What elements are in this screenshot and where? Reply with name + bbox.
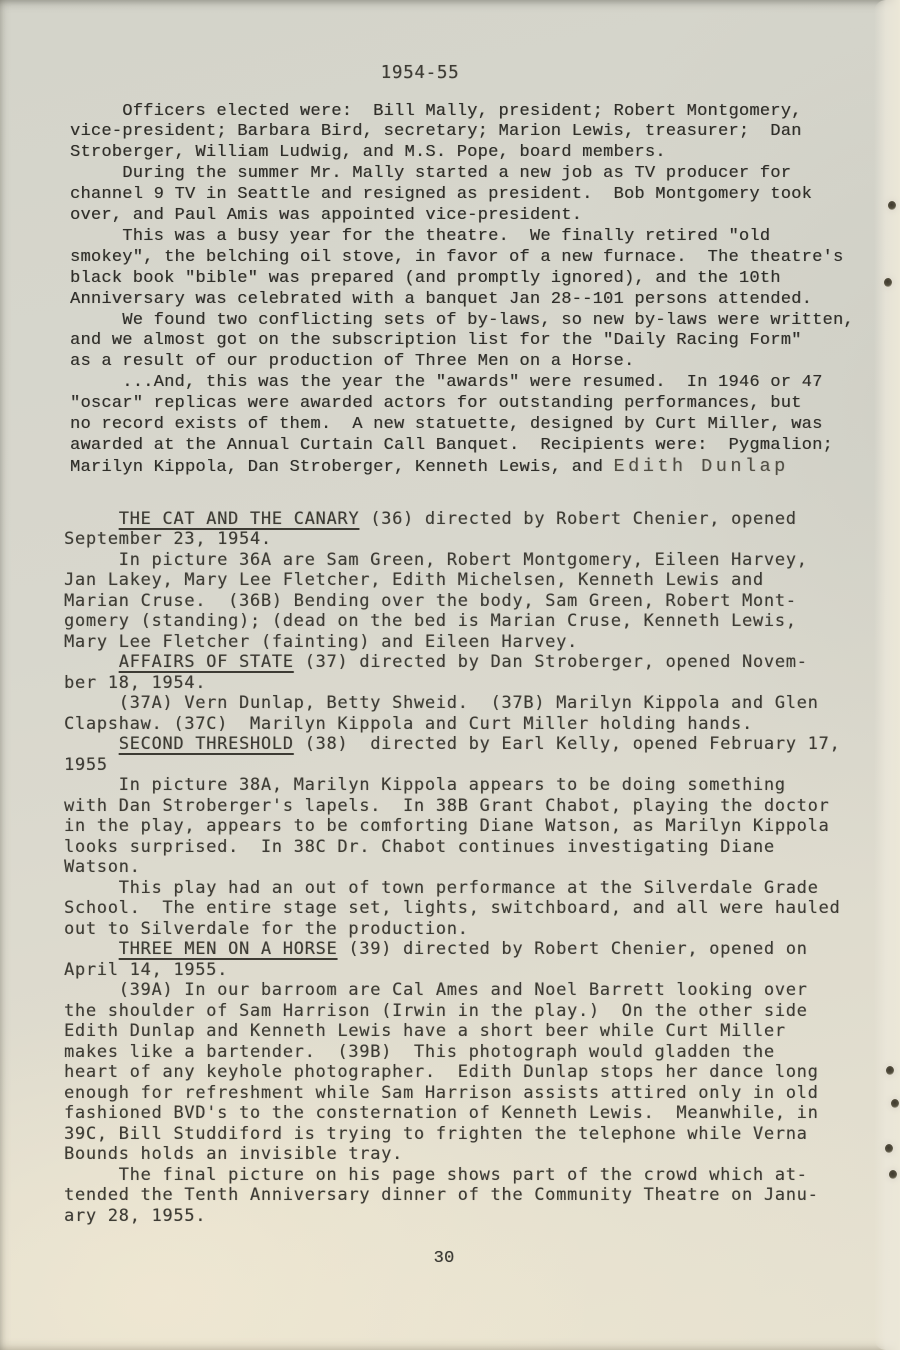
text-line: Watson. xyxy=(64,857,900,878)
text-line: fashioned BVD's to the consternation of … xyxy=(64,1103,900,1124)
text-segment-alt-typewriter: Edith Dunlap xyxy=(614,456,789,477)
text-segment-underline: SECOND THRESHOLD xyxy=(119,734,294,754)
text-line: channel 9 TV in Seattle and resigned as … xyxy=(70,185,900,206)
page-title: 1954-55 xyxy=(0,0,870,84)
text-line: the shoulder of Sam Harrison (Irwin in t… xyxy=(64,1001,900,1022)
text-line: with Dan Stroberger's lapels. In 38B Gra… xyxy=(64,796,900,817)
text-line: (37A) Vern Dunlap, Betty Shweid. (37B) M… xyxy=(64,693,900,714)
text-line: This play had an out of town performance… xyxy=(64,878,900,899)
text-line: "oscar" replicas were awarded actors for… xyxy=(70,394,900,415)
text-line: AFFAIRS OF STATE (37) directed by Dan St… xyxy=(64,652,900,673)
text-segment-underline: AFFAIRS OF STATE xyxy=(119,652,294,672)
scanned-page: 1954-55 Officers elected were: Bill Mall… xyxy=(0,0,900,1350)
text-line: tended the Tenth Anniversary dinner of t… xyxy=(64,1185,900,1206)
text-segment: (37) directed by Dan Stroberger, opened … xyxy=(294,652,808,672)
text-line: awarded at the Annual Curtain Call Banqu… xyxy=(70,436,900,457)
text-line: 39C, Bill Studdiford is trying to fright… xyxy=(64,1124,900,1145)
text-line: Jan Lakey, Mary Lee Fletcher, Edith Mich… xyxy=(64,570,900,591)
text-line: in the play, appears to be comforting Di… xyxy=(64,816,900,837)
text-line: ber 18, 1954. xyxy=(64,673,900,694)
text-segment xyxy=(64,734,119,754)
text-line: Anniversary was celebrated with a banque… xyxy=(70,290,900,311)
text-line: SECOND THRESHOLD (38) directed by Earl K… xyxy=(64,734,900,755)
text-line: makes like a bartender. (39B) This photo… xyxy=(64,1042,900,1063)
text-line: 1955 xyxy=(64,755,900,776)
text-line: looks surprised. In 38C Dr. Chabot conti… xyxy=(64,837,900,858)
text-line: Stroberger, William Ludwig, and M.S. Pop… xyxy=(70,143,900,164)
text-line: September 23, 1954. xyxy=(64,529,900,550)
text-line: In picture 38A, Marilyn Kippola appears … xyxy=(64,775,900,796)
text-line: and we almost got on the subscription li… xyxy=(70,331,900,352)
text-line: In picture 36A are Sam Green, Robert Mon… xyxy=(64,550,900,571)
text-segment: (38) directed by Earl Kelly, opened Febr… xyxy=(294,734,841,754)
text-line: no record exists of them. A new statuett… xyxy=(70,415,900,436)
text-line: Edith Dunlap and Kenneth Lewis have a sh… xyxy=(64,1021,900,1042)
text-line: vice-president; Barbara Bird, secretary;… xyxy=(70,122,900,143)
text-line: School. The entire stage set, lights, sw… xyxy=(64,898,900,919)
text-segment-underline: THE CAT AND THE CANARY xyxy=(119,509,360,529)
text-line: as a result of our production of Three M… xyxy=(70,352,900,373)
text-line: black book "bible" was prepared (and pro… xyxy=(70,269,900,290)
text-line: THE CAT AND THE CANARY (36) directed by … xyxy=(64,509,900,530)
typed-section-plays: THE CAT AND THE CANARY (36) directed by … xyxy=(64,509,900,1227)
text-line: gomery (standing); (dead on the bed is M… xyxy=(64,611,900,632)
text-line: out to Silverdale for the production. xyxy=(64,919,900,940)
text-line: During the summer Mr. Mally started a ne… xyxy=(70,164,900,185)
text-line: Clapshaw. (37C) Marilyn Kippola and Curt… xyxy=(64,714,900,735)
text-line: THREE MEN ON A HORSE (39) directed by Ro… xyxy=(64,939,900,960)
text-segment xyxy=(64,652,119,672)
text-line: enough for refreshment while Sam Harriso… xyxy=(64,1083,900,1104)
text-line: ...And, this was the year the "awards" w… xyxy=(70,373,900,394)
text-line: over, and Paul Amis was appointed vice-p… xyxy=(70,206,900,227)
text-line: This was a busy year for the theatre. We… xyxy=(70,227,900,248)
text-segment: Marilyn Kippola, Dan Stroberger, Kenneth… xyxy=(70,458,614,477)
text-line: The final picture on his page shows part… xyxy=(64,1165,900,1186)
typed-section-summary: Officers elected were: Bill Mally, presi… xyxy=(70,102,900,479)
text-segment xyxy=(64,939,119,959)
text-line: ary 28, 1955. xyxy=(64,1206,900,1227)
text-line: smokey", the belching oil stove, in favo… xyxy=(70,248,900,269)
text-segment-underline: THREE MEN ON A HORSE xyxy=(119,939,338,959)
page-content: 1954-55 Officers elected were: Bill Mall… xyxy=(0,0,900,1270)
text-line: heart of any keyhole photographer. Edith… xyxy=(64,1062,900,1083)
page-number: 30 xyxy=(0,1249,894,1270)
text-line: April 14, 1955. xyxy=(64,960,900,981)
text-line: Marian Cruse. (36B) Bending over the bod… xyxy=(64,591,900,612)
text-line: Bounds holds an invisible tray. xyxy=(64,1144,900,1165)
text-segment: (36) directed by Robert Chenier, opened xyxy=(359,509,796,529)
text-segment: (39) directed by Robert Chenier, opened … xyxy=(337,939,807,959)
text-line: Mary Lee Fletcher (fainting) and Eileen … xyxy=(64,632,900,653)
text-line: We found two conflicting sets of by-laws… xyxy=(70,311,900,332)
text-segment xyxy=(64,509,119,529)
text-line: Marilyn Kippola, Dan Stroberger, Kenneth… xyxy=(70,457,900,479)
text-line: Officers elected were: Bill Mally, presi… xyxy=(70,102,900,123)
text-line: (39A) In our barroom are Cal Ames and No… xyxy=(64,980,900,1001)
